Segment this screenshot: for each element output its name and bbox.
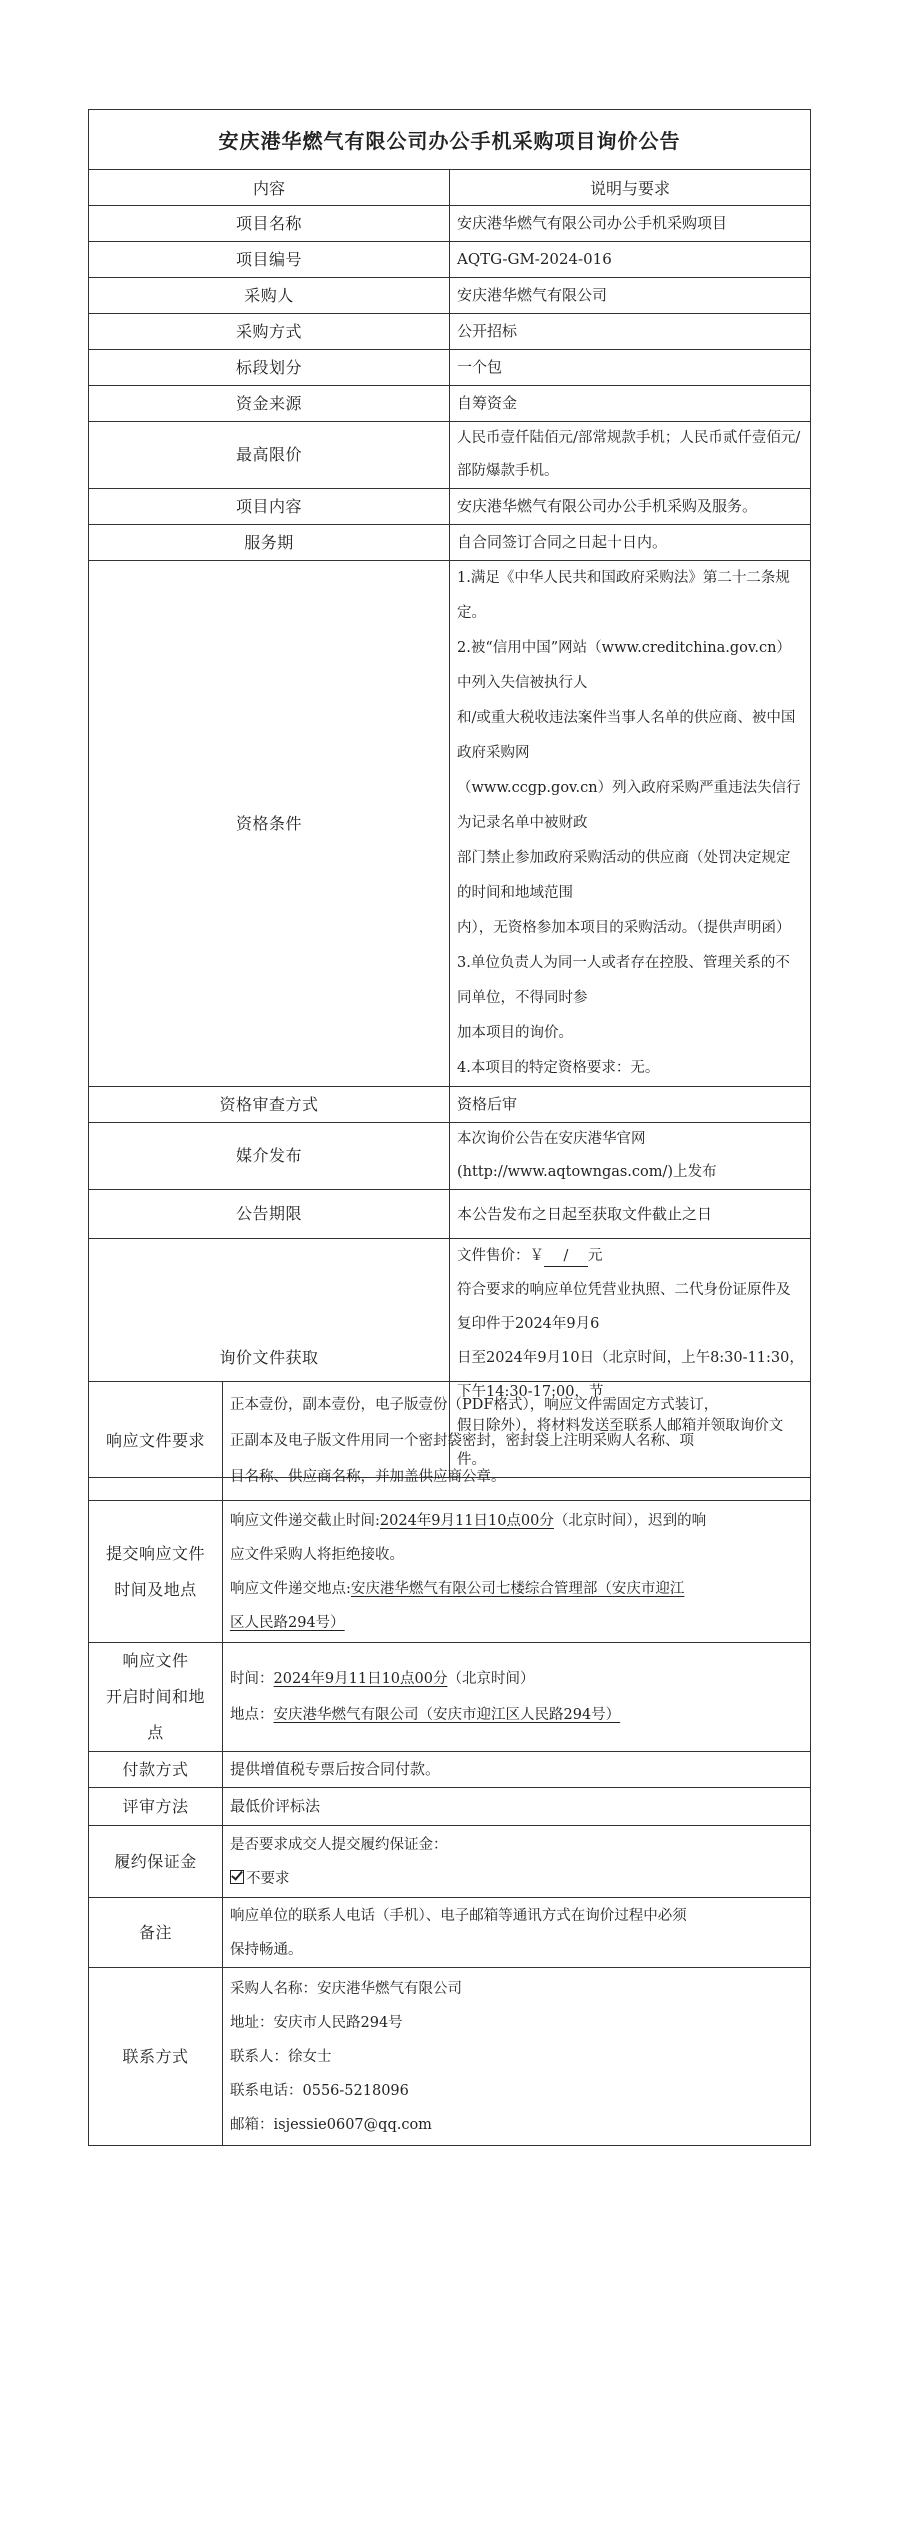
value: 1.满足《中华人民共和国政府采购法》第二十二条规定。 2.被“信用中国”网站（w… [450, 561, 811, 1087]
header-description: 说明与要求 [450, 170, 811, 206]
bond-option-label: 不要求 [246, 1871, 290, 1887]
row-qualifications: 资格条件 1.满足《中华人民共和国政府采购法》第二十二条规定。 2.被“信用中国… [89, 561, 811, 1087]
row-service-period: 服务期 自合同签订合同之日起十日内。 [89, 525, 811, 561]
value: 一个包 [450, 350, 811, 386]
row-method: 采购方式 公开招标 [89, 314, 811, 350]
row-opening: 响应文件 开启时间和地 点 时间：2024年9月11日10点00分（北京时间） … [89, 1643, 811, 1752]
row-fund-source: 资金来源 自筹资金 [89, 386, 811, 422]
label: 最高限价 [89, 422, 450, 489]
deadline-line: 响应文件递交截止时间:2024年9月11日10点00分（北京时间），迟到的响 [230, 1504, 804, 1538]
label: 项目编号 [89, 242, 450, 278]
value: 公开招标 [450, 314, 811, 350]
req-line: 目名称、供应商名称，并加盖供应商公章。 [230, 1459, 804, 1495]
label: 资格审查方式 [89, 1087, 450, 1123]
label-line: 提交响应文件 [89, 1536, 222, 1572]
row-remarks: 备注 响应单位的联系人电话（手机）、电子邮箱等通讯方式在询价过程中必须 保持畅通… [89, 1898, 811, 1968]
label: 资金来源 [89, 386, 450, 422]
price-suffix: 元 [588, 1248, 603, 1264]
announcement-table-1: 安庆港华燃气有限公司办公手机采购项目询价公告 内容 说明与要求 项目名称 安庆港… [88, 109, 811, 1478]
label: 采购人 [89, 278, 450, 314]
value: 自筹资金 [450, 386, 811, 422]
label: 采购方式 [89, 314, 450, 350]
qualification-line: 内），无资格参加本项目的采购活动。（提供声明函） [457, 911, 804, 946]
label: 备注 [89, 1898, 223, 1968]
req-line: 正本壹份，副本壹份，电子版壹份（PDF格式），响应文件需固定方式装订， [230, 1387, 804, 1423]
label-line: 时间及地点 [89, 1572, 222, 1608]
bond-option[interactable]: 不要求 [230, 1862, 804, 1896]
label: 联系方式 [89, 1968, 223, 2146]
opening-place-value: 安庆港华燃气有限公司（安庆市迎江区人民路294号） [274, 1707, 621, 1723]
label: 公告期限 [89, 1190, 450, 1239]
qualification-line: 4.本项目的特定资格要求：无。 [457, 1051, 804, 1086]
label: 响应文件 开启时间和地 点 [89, 1643, 223, 1752]
label: 服务期 [89, 525, 450, 561]
value: 时间：2024年9月11日10点00分（北京时间） 地点：安庆港华燃气有限公司（… [223, 1643, 811, 1752]
label: 付款方式 [89, 1752, 223, 1788]
contact-person: 联系人：徐女士 [230, 2040, 804, 2074]
remark-line: 保持畅通。 [230, 1933, 804, 1967]
page-title: 安庆港华燃气有限公司办公手机采购项目询价公告 [89, 110, 811, 170]
announcement-table-2: 响应文件要求 正本壹份，副本壹份，电子版壹份（PDF格式），响应文件需固定方式装… [88, 1381, 811, 2146]
price-line: 文件售价：￥/元 [457, 1239, 804, 1273]
row-media: 媒介发布 本次询价公告在安庆港华官网(http://www.aqtowngas.… [89, 1123, 811, 1190]
label: 提交响应文件 时间及地点 [89, 1501, 223, 1643]
value: 提供增值税专票后按合同付款。 [223, 1752, 811, 1788]
label: 履约保证金 [89, 1826, 223, 1898]
opening-time-value: 2024年9月11日10点00分 [274, 1671, 448, 1687]
row-project-name: 项目名称 安庆港华燃气有限公司办公手机采购项目 [89, 206, 811, 242]
qualification-line: 部门禁止参加政府采购活动的供应商（处罚决定规定的时间和地域范围 [457, 841, 804, 911]
obtain-line: 符合要求的响应单位凭营业执照、二代身份证原件及复印件于2024年9月6 [457, 1273, 804, 1341]
value: 本公告发布之日起至获取文件截止之日 [450, 1190, 811, 1239]
row-period: 公告期限 本公告发布之日起至获取文件截止之日 [89, 1190, 811, 1239]
label: 项目内容 [89, 489, 450, 525]
label-line: 响应文件 [89, 1643, 222, 1679]
row-max-price: 最高限价 人民币壹仟陆佰元/部常规款手机；人民币贰仟壹佰元/部防爆款手机。 [89, 422, 811, 489]
label: 标段划分 [89, 350, 450, 386]
qualification-line: 1.满足《中华人民共和国政府采购法》第二十二条规定。 [457, 561, 804, 631]
price-prefix: 文件售价：￥ [457, 1248, 544, 1264]
checkbox-checked-icon[interactable] [230, 1870, 244, 1884]
qualification-line: 加本项目的询价。 [457, 1016, 804, 1051]
row-submission: 提交响应文件 时间及地点 响应文件递交截止时间:2024年9月11日10点00分… [89, 1501, 811, 1643]
value: 是否要求成交人提交履约保证金： 不要求 [223, 1826, 811, 1898]
value: 安庆港华燃气有限公司 [450, 278, 811, 314]
value: 安庆港华燃气有限公司办公手机采购及服务。 [450, 489, 811, 525]
value: AQTG-GM-2024-016 [450, 242, 811, 278]
header-content: 内容 [89, 170, 450, 206]
row-project-no: 项目编号 AQTG-GM-2024-016 [89, 242, 811, 278]
row-evaluation: 评审方法 最低价评标法 [89, 1788, 811, 1826]
row-purchaser: 采购人 安庆港华燃气有限公司 [89, 278, 811, 314]
place-value: 安庆港华燃气有限公司七楼综合管理部（安庆市迎江 [351, 1581, 685, 1597]
price-blank: / [544, 1246, 588, 1267]
contact-purchaser: 采购人名称：安庆港华燃气有限公司 [230, 1972, 804, 2006]
value: 资格后审 [450, 1087, 811, 1123]
value: 本次询价公告在安庆港华官网(http://www.aqtowngas.com/)… [450, 1123, 811, 1190]
row-content: 项目内容 安庆港华燃气有限公司办公手机采购及服务。 [89, 489, 811, 525]
qualification-line: （www.ccgp.gov.cn）列入政府采购严重违法失信行为记录名单中被财政 [457, 771, 804, 841]
qualification-line: 2.被“信用中国”网站（www.creditchina.gov.cn）中列入失信… [457, 631, 804, 701]
row-payment: 付款方式 提供增值税专票后按合同付款。 [89, 1752, 811, 1788]
contact-email: 邮箱：isjessie0607@qq.com [230, 2108, 804, 2142]
contact-address: 地址：安庆市人民路294号 [230, 2006, 804, 2040]
contact-phone: 联系电话：0556-5218096 [230, 2074, 804, 2108]
row-response-requirements: 响应文件要求 正本壹份，副本壹份，电子版壹份（PDF格式），响应文件需固定方式装… [89, 1382, 811, 1501]
value: 正本壹份，副本壹份，电子版壹份（PDF格式），响应文件需固定方式装订， 正副本及… [223, 1382, 811, 1501]
label-line: 开启时间和地 [89, 1679, 222, 1715]
place-line: 响应文件递交地点:安庆港华燃气有限公司七楼综合管理部（安庆市迎江 [230, 1572, 804, 1606]
value: 响应文件递交截止时间:2024年9月11日10点00分（北京时间），迟到的响 应… [223, 1501, 811, 1643]
value: 采购人名称：安庆港华燃气有限公司 地址：安庆市人民路294号 联系人：徐女士 联… [223, 1968, 811, 2146]
opening-time-line: 时间：2024年9月11日10点00分（北京时间） [230, 1661, 804, 1697]
label: 资格条件 [89, 561, 450, 1087]
qualification-line: 3.单位负责人为同一人或者存在控股、管理关系的不同单位，不得同时参 [457, 946, 804, 1016]
value: 响应单位的联系人电话（手机）、电子邮箱等通讯方式在询价过程中必须 保持畅通。 [223, 1898, 811, 1968]
value: 人民币壹仟陆佰元/部常规款手机；人民币贰仟壹佰元/部防爆款手机。 [450, 422, 811, 489]
opening-place-line: 地点：安庆港华燃气有限公司（安庆市迎江区人民路294号） [230, 1697, 804, 1733]
remark-line: 响应单位的联系人电话（手机）、电子邮箱等通讯方式在询价过程中必须 [230, 1899, 804, 1933]
row-bond: 履约保证金 是否要求成交人提交履约保证金： 不要求 [89, 1826, 811, 1898]
label: 项目名称 [89, 206, 450, 242]
row-review-method: 资格审查方式 资格后审 [89, 1087, 811, 1123]
label: 响应文件要求 [89, 1382, 223, 1501]
req-line: 正副本及电子版文件用同一个密封袋密封，密封袋上注明采购人名称、项 [230, 1423, 804, 1459]
value: 最低价评标法 [223, 1788, 811, 1826]
row-contact: 联系方式 采购人名称：安庆港华燃气有限公司 地址：安庆市人民路294号 联系人：… [89, 1968, 811, 2146]
row-lots: 标段划分 一个包 [89, 350, 811, 386]
label: 评审方法 [89, 1788, 223, 1826]
qualification-line: 和/或重大税收违法案件当事人名单的供应商、被中国政府采购网 [457, 701, 804, 771]
bond-question: 是否要求成交人提交履约保证金： [230, 1828, 804, 1862]
label-line: 点 [89, 1715, 222, 1751]
value: 自合同签订合同之日起十日内。 [450, 525, 811, 561]
value: 安庆港华燃气有限公司办公手机采购项目 [450, 206, 811, 242]
place-value-cont: 区人民路294号） [230, 1606, 804, 1640]
label: 媒介发布 [89, 1123, 450, 1190]
deadline-value: 2024年9月11日10点00分 [380, 1513, 554, 1529]
